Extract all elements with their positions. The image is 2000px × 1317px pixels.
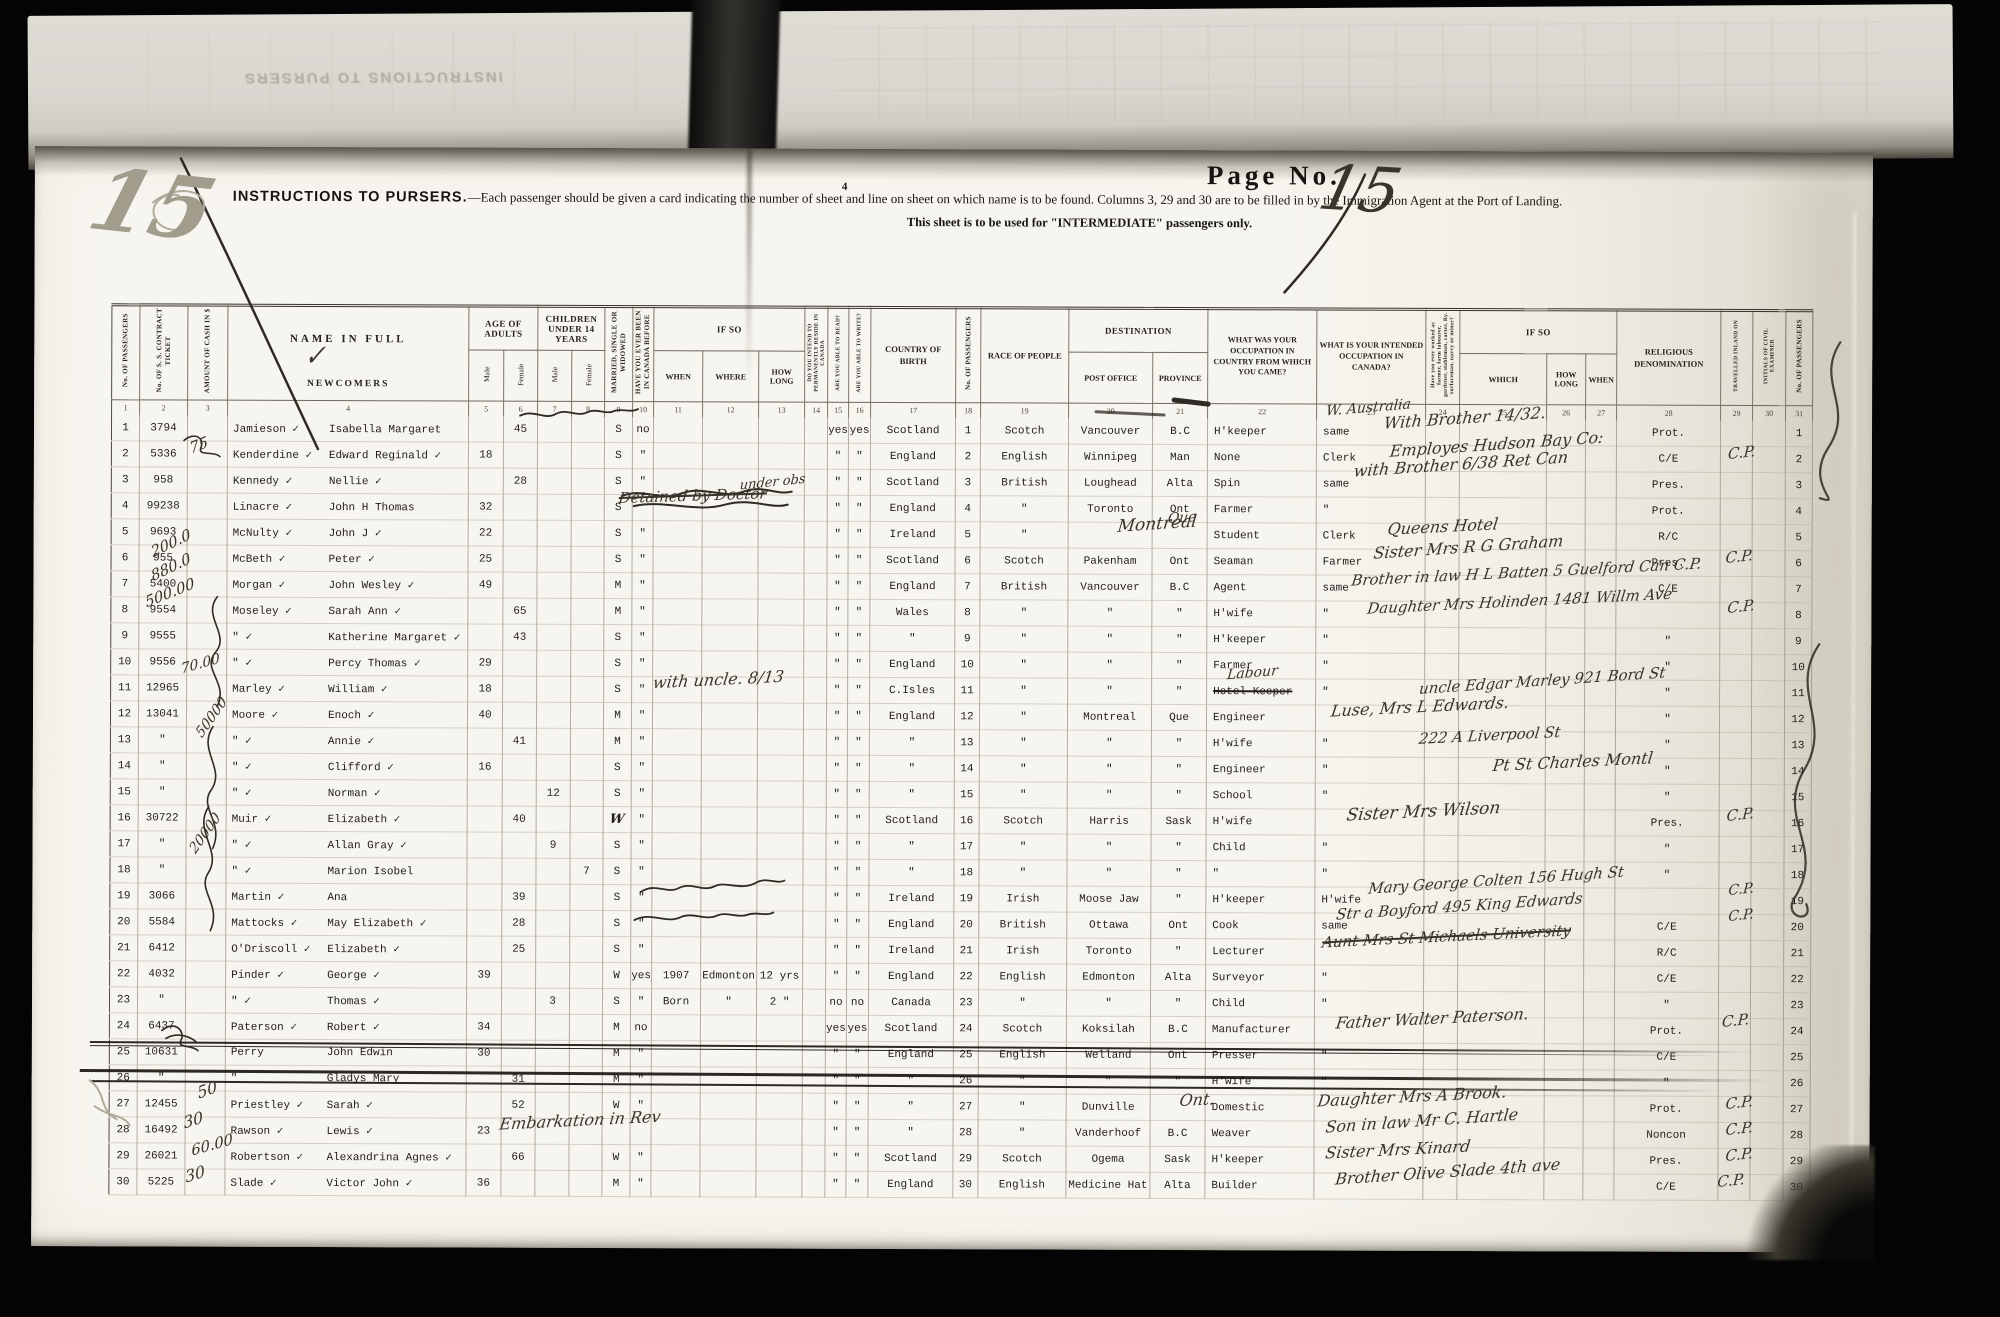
cell: 9 xyxy=(111,623,139,649)
cell: England xyxy=(869,911,954,937)
column-number: 9 xyxy=(605,401,633,417)
cell: " xyxy=(825,1171,846,1197)
given-name: Peter ✓ xyxy=(329,552,375,566)
cell: B.C xyxy=(1150,1120,1205,1146)
cell xyxy=(1457,1095,1544,1121)
page-edge-highlight xyxy=(1847,212,1856,1172)
cell xyxy=(467,832,502,858)
cell xyxy=(757,937,803,963)
cell xyxy=(1458,783,1545,809)
page-corner-curl xyxy=(1734,1145,1874,1260)
column-number: 14 xyxy=(805,402,828,418)
cell xyxy=(1424,783,1458,809)
given-name: Clifford ✓ xyxy=(328,760,394,774)
cell: Irish xyxy=(979,886,1067,912)
cell: 24 xyxy=(109,1013,137,1039)
cell xyxy=(1752,654,1785,680)
cell xyxy=(1751,940,1784,966)
cell xyxy=(1458,965,1545,991)
cell xyxy=(1425,653,1459,679)
cell xyxy=(1718,992,1750,1018)
cell: " xyxy=(1315,861,1424,887)
cell xyxy=(652,703,701,729)
surname: Marley ✓ xyxy=(232,681,328,695)
cell: 40 xyxy=(502,806,536,832)
column-header-country-birth: COUNTRY OF BIRTH xyxy=(871,307,956,402)
cell xyxy=(186,701,226,727)
column-header-name: NAME IN FULL NEWCOMERS xyxy=(228,305,469,401)
cell: 6 xyxy=(1785,551,1812,577)
cell xyxy=(1424,913,1458,939)
cell: W xyxy=(603,806,631,832)
cell: " xyxy=(1152,652,1207,678)
cell: " xyxy=(848,495,870,521)
cell: Pres. xyxy=(1615,810,1719,836)
column-number: 20 xyxy=(1069,403,1153,419)
cell xyxy=(1720,654,1752,680)
cell: " xyxy=(1314,991,1423,1017)
cell xyxy=(758,495,804,521)
column-header-examiner-initials: INITIALS OF CIVIL EXAMINER xyxy=(1753,310,1786,405)
cell: " xyxy=(1316,497,1425,523)
cell xyxy=(802,1093,825,1119)
table-row: 305225Slade ✓Victor John ✓36M"""England3… xyxy=(109,1169,1810,1201)
cell xyxy=(1546,472,1585,498)
cell: " xyxy=(827,651,848,677)
cell xyxy=(1457,1147,1544,1173)
cell: 12 xyxy=(536,780,570,806)
cell xyxy=(1545,706,1584,732)
cell: " xyxy=(1615,758,1719,784)
cell xyxy=(1457,1173,1544,1199)
cell: 12455 xyxy=(137,1091,185,1117)
cell xyxy=(537,417,571,443)
surname: " ✓ xyxy=(231,993,327,1007)
cell xyxy=(802,1067,825,1093)
cell xyxy=(501,1170,535,1196)
cell: 7 xyxy=(1785,577,1812,603)
cell: " xyxy=(1067,860,1151,886)
given-name: Thomas ✓ xyxy=(327,994,380,1008)
cell xyxy=(468,468,503,494)
cell xyxy=(651,1119,700,1145)
cell xyxy=(1314,1121,1423,1147)
cell xyxy=(1546,446,1585,472)
cell xyxy=(1544,992,1583,1018)
cell: " xyxy=(632,599,653,625)
column-header-post-office: POST OFFICE xyxy=(1069,352,1153,403)
cell: Builder xyxy=(1205,1173,1314,1199)
cell xyxy=(700,1145,756,1171)
cell: " xyxy=(848,521,870,547)
cell: Koksilah xyxy=(1066,1016,1150,1042)
cell: 30 xyxy=(466,1040,501,1066)
cell: " xyxy=(870,625,955,651)
cell: 18 xyxy=(110,857,138,883)
cell xyxy=(1720,550,1752,576)
cell: no xyxy=(825,989,846,1015)
cell xyxy=(570,806,603,832)
cell: 22 xyxy=(468,520,503,546)
given-name: Gladys Mary xyxy=(327,1073,400,1085)
cell: Farmer xyxy=(1207,497,1316,523)
column-header-cash: AMOUNT OF CASH IN $ xyxy=(188,305,228,400)
cell xyxy=(1584,966,1615,992)
cell xyxy=(756,1145,802,1171)
cell: " ✓Norman ✓ xyxy=(226,779,467,806)
cell xyxy=(802,989,825,1015)
cell: 11 xyxy=(111,675,139,701)
cell: " xyxy=(825,1093,846,1119)
cell: " xyxy=(846,1145,868,1171)
cell xyxy=(569,1066,602,1092)
cell: " xyxy=(1068,626,1152,652)
cell: 30 xyxy=(109,1169,137,1195)
cell: 3066 xyxy=(138,883,186,909)
cell: "Gladys Mary xyxy=(225,1065,466,1092)
cell: 36 xyxy=(466,1170,501,1196)
cell: Muir ✓Elizabeth ✓ xyxy=(226,805,467,832)
cell xyxy=(1584,706,1615,732)
cell xyxy=(1545,940,1584,966)
cell xyxy=(501,1040,535,1066)
cell: 28 xyxy=(953,1120,978,1146)
cell: " xyxy=(846,1171,868,1197)
cell xyxy=(1457,991,1544,1017)
cell xyxy=(503,442,537,468)
cell xyxy=(1719,888,1751,914)
cell xyxy=(186,727,226,753)
cell: " xyxy=(1615,706,1719,732)
cell: Moseley ✓Sarah Ann ✓ xyxy=(227,597,468,624)
cell xyxy=(468,417,503,443)
cell xyxy=(1459,653,1546,679)
column-header-intend-reside: DO YOU INTEND TO PERMANENTLY RESIDE IN C… xyxy=(805,307,828,402)
cell: Farmer xyxy=(1316,549,1425,575)
cell xyxy=(1718,1018,1750,1044)
cell: " xyxy=(631,859,652,885)
cell xyxy=(653,495,702,521)
cell: Moore ✓Enoch ✓ xyxy=(226,701,467,728)
cell: S xyxy=(603,832,631,858)
cell xyxy=(1545,732,1584,758)
binding-tape xyxy=(688,0,781,171)
cell xyxy=(802,1015,825,1041)
cell: 29 xyxy=(468,650,503,676)
cell xyxy=(1751,810,1784,836)
cell: 25 xyxy=(109,1039,137,1065)
cell: 32 xyxy=(468,494,503,520)
cell: 21 xyxy=(110,935,138,961)
cell xyxy=(758,418,804,444)
cell xyxy=(757,859,803,885)
cell xyxy=(1585,550,1616,576)
cell xyxy=(537,494,571,520)
cell: " xyxy=(869,755,954,781)
cell xyxy=(536,910,570,936)
cell: 14 xyxy=(954,756,979,782)
cell xyxy=(653,443,702,469)
cell: Domestic xyxy=(1205,1095,1314,1121)
cell: " xyxy=(1316,653,1425,679)
cell xyxy=(803,703,826,729)
cell xyxy=(1583,1018,1614,1044)
cell: B.C xyxy=(1150,1016,1205,1042)
given-name: William ✓ xyxy=(328,682,387,696)
column-number: 4 xyxy=(228,400,469,416)
cell: " ✓Percy Thomas ✓ xyxy=(227,649,468,676)
cell: 2 xyxy=(955,444,980,470)
table-header: No. OF PASSENGERS No. OF S. S. CONTRACT … xyxy=(112,305,1813,421)
cell: Que xyxy=(1151,704,1206,730)
cell xyxy=(569,1170,602,1196)
surname: Priestley ✓ xyxy=(231,1097,327,1111)
cell: " xyxy=(1315,757,1424,783)
cell: Dunville xyxy=(1066,1094,1150,1120)
cell: 29 xyxy=(953,1146,978,1172)
cell xyxy=(537,546,571,572)
cell: 10 xyxy=(1785,655,1812,681)
cell: " xyxy=(632,677,653,703)
cell xyxy=(467,780,502,806)
cell: S xyxy=(604,546,632,572)
cell: 14 xyxy=(110,753,138,779)
cell xyxy=(467,728,502,754)
cell xyxy=(1458,913,1545,939)
column-number: 19 xyxy=(981,403,1069,419)
cell xyxy=(1546,420,1585,446)
cell: Ont xyxy=(1152,548,1207,574)
column-group-age-adults: AGE OF ADULTS xyxy=(469,306,538,350)
cell: Scotch xyxy=(980,548,1068,574)
surname: Morgan ✓ xyxy=(232,577,328,591)
cell xyxy=(187,571,227,597)
cell xyxy=(803,859,826,885)
surname: Rawson ✓ xyxy=(231,1123,327,1137)
column-number: 12 xyxy=(703,402,759,418)
cell xyxy=(1720,524,1752,550)
cell xyxy=(536,754,570,780)
cell xyxy=(1544,1148,1583,1174)
cell xyxy=(1752,472,1785,498)
cell xyxy=(803,885,826,911)
cell: " xyxy=(1316,627,1425,653)
cell xyxy=(758,599,804,625)
cell: " xyxy=(632,625,653,651)
cell: " xyxy=(826,755,847,781)
cell: Welland xyxy=(1066,1042,1150,1068)
cell xyxy=(1585,628,1616,654)
cell xyxy=(502,962,536,988)
cell: " xyxy=(827,599,848,625)
cell xyxy=(1584,862,1615,888)
cell: 3794 xyxy=(139,415,187,441)
given-name: Allan Gray ✓ xyxy=(328,838,407,852)
cell: S xyxy=(604,442,632,468)
cell xyxy=(1751,862,1784,888)
cell xyxy=(1584,914,1615,940)
cell xyxy=(537,520,571,546)
cell: Pakenham xyxy=(1068,548,1152,574)
cell: Mattocks ✓May Elizabeth ✓ xyxy=(226,909,467,936)
cell: 27 xyxy=(953,1094,978,1120)
cell xyxy=(1315,705,1424,731)
cell xyxy=(804,443,827,469)
cell: 9556 xyxy=(139,649,187,675)
cell xyxy=(804,547,827,573)
cell: yes xyxy=(827,418,848,444)
cell: Irish xyxy=(979,938,1067,964)
cell xyxy=(1425,420,1459,446)
cell: " xyxy=(846,1041,868,1067)
cell: 12965 xyxy=(139,675,187,701)
cell xyxy=(468,624,503,650)
cell: C.Isles xyxy=(870,677,955,703)
column-header-female: Female xyxy=(572,350,605,401)
column-header-contract-ticket: No. OF S. S. CONTRACT TICKET xyxy=(140,305,188,400)
cell xyxy=(1459,575,1546,601)
cell: Sask xyxy=(1150,1146,1205,1172)
cell: B.C xyxy=(1152,419,1207,445)
cell: Clerk xyxy=(1316,523,1425,549)
cell: S xyxy=(604,468,632,494)
intermediate-note: This sheet is to be used for "INTERMEDIA… xyxy=(907,215,1252,231)
cell xyxy=(1752,498,1785,524)
cell: Pres. xyxy=(1616,472,1720,498)
cell xyxy=(571,417,604,443)
cell: Vancouver xyxy=(1068,574,1152,600)
cell xyxy=(537,572,571,598)
cell xyxy=(1458,835,1545,861)
cell xyxy=(758,573,804,599)
column-number: 10 xyxy=(633,402,654,418)
cell xyxy=(503,676,537,702)
cell: " xyxy=(826,781,847,807)
cell xyxy=(1720,421,1752,447)
cell xyxy=(1584,836,1615,862)
cell xyxy=(1585,602,1616,628)
cell: 18 xyxy=(468,442,503,468)
cell xyxy=(571,598,604,624)
cell: Agent xyxy=(1207,575,1316,601)
cell: " xyxy=(979,730,1067,756)
column-number: 8 xyxy=(572,401,605,417)
cell: no xyxy=(846,989,868,1015)
cell: " xyxy=(868,1119,953,1145)
cell: 6412 xyxy=(138,935,186,961)
cell: " xyxy=(631,937,652,963)
cell xyxy=(1545,914,1584,940)
column-header-passengers: No. OF PASSENGERS xyxy=(1786,311,1813,406)
cell xyxy=(1425,523,1459,549)
cell: yes xyxy=(846,1015,868,1041)
cell: " xyxy=(847,911,869,937)
cell: Kennedy ✓Nellie ✓ xyxy=(227,467,468,494)
cell xyxy=(537,676,571,702)
cell: Ireland xyxy=(869,937,954,963)
cell: " xyxy=(1616,628,1720,654)
cell xyxy=(804,599,827,625)
cell: H'keeper xyxy=(1207,419,1316,445)
column-number: 1 xyxy=(112,400,140,416)
cell: Toronto xyxy=(1068,496,1152,522)
surname: Kennedy ✓ xyxy=(233,473,329,487)
cell: 5336 xyxy=(139,441,187,467)
previous-page-edge: INSTRUCTIONS TO PURSERS xyxy=(28,4,1954,170)
cell: Scotland xyxy=(870,469,955,495)
cell: Ottawa xyxy=(1067,912,1151,938)
manifest-table: No. OF PASSENGERS No. OF S. S. CONTRACT … xyxy=(108,303,1813,1201)
cell: " ✓Allan Gray ✓ xyxy=(226,831,467,858)
cell: 20 xyxy=(110,909,138,935)
given-name: George ✓ xyxy=(327,968,380,982)
cell: H'wife xyxy=(1207,601,1316,627)
cell: S xyxy=(604,417,632,443)
cell: " xyxy=(979,756,1067,782)
cell: " xyxy=(1068,600,1152,626)
cell xyxy=(1585,576,1616,602)
cell xyxy=(569,1144,602,1170)
cell: " xyxy=(980,678,1068,704)
cell xyxy=(651,1015,700,1041)
table-body: 13794Jamieson ✓Isabella Margaret45Snoyes… xyxy=(109,415,1813,1200)
cell: W xyxy=(602,1092,630,1118)
given-name: Elizabeth ✓ xyxy=(328,812,401,826)
cell xyxy=(1425,679,1459,705)
cell: Child xyxy=(1205,991,1314,1017)
cell xyxy=(1458,861,1545,887)
cell: 1 xyxy=(111,415,139,441)
cell xyxy=(1751,784,1784,810)
cell: " xyxy=(138,727,186,753)
cell: Alta xyxy=(1151,964,1206,990)
cell xyxy=(653,599,702,625)
cell xyxy=(185,1143,225,1169)
cell xyxy=(702,677,758,703)
cell: " xyxy=(980,652,1068,678)
cell xyxy=(701,937,757,963)
surname: " ✓ xyxy=(232,655,328,669)
cell: Edmonton xyxy=(1067,964,1151,990)
cell: 4 xyxy=(955,496,980,522)
cell xyxy=(187,493,227,519)
cell xyxy=(1315,939,1424,965)
cell xyxy=(185,1013,225,1039)
cell xyxy=(1423,991,1457,1017)
cell: Rawson ✓Lewis ✓ xyxy=(225,1117,466,1144)
column-number: 25 xyxy=(1460,404,1547,420)
cell: " xyxy=(1151,886,1206,912)
cell xyxy=(1423,1017,1457,1043)
surname: Moore ✓ xyxy=(232,707,328,721)
cell xyxy=(702,625,758,651)
cell: S xyxy=(603,910,631,936)
cell xyxy=(653,677,702,703)
cell xyxy=(1545,836,1584,862)
cell xyxy=(570,754,603,780)
cell: S xyxy=(603,884,631,910)
cell xyxy=(652,807,701,833)
cell xyxy=(1585,654,1616,680)
cell xyxy=(1459,497,1546,523)
cell: Manufacturer xyxy=(1205,1017,1314,1043)
cell xyxy=(1545,888,1584,914)
cell: 21 xyxy=(1784,941,1811,967)
cell: " xyxy=(630,1145,651,1171)
column-number: 27 xyxy=(1586,405,1617,421)
cell xyxy=(758,469,804,495)
cell: " xyxy=(1615,862,1719,888)
